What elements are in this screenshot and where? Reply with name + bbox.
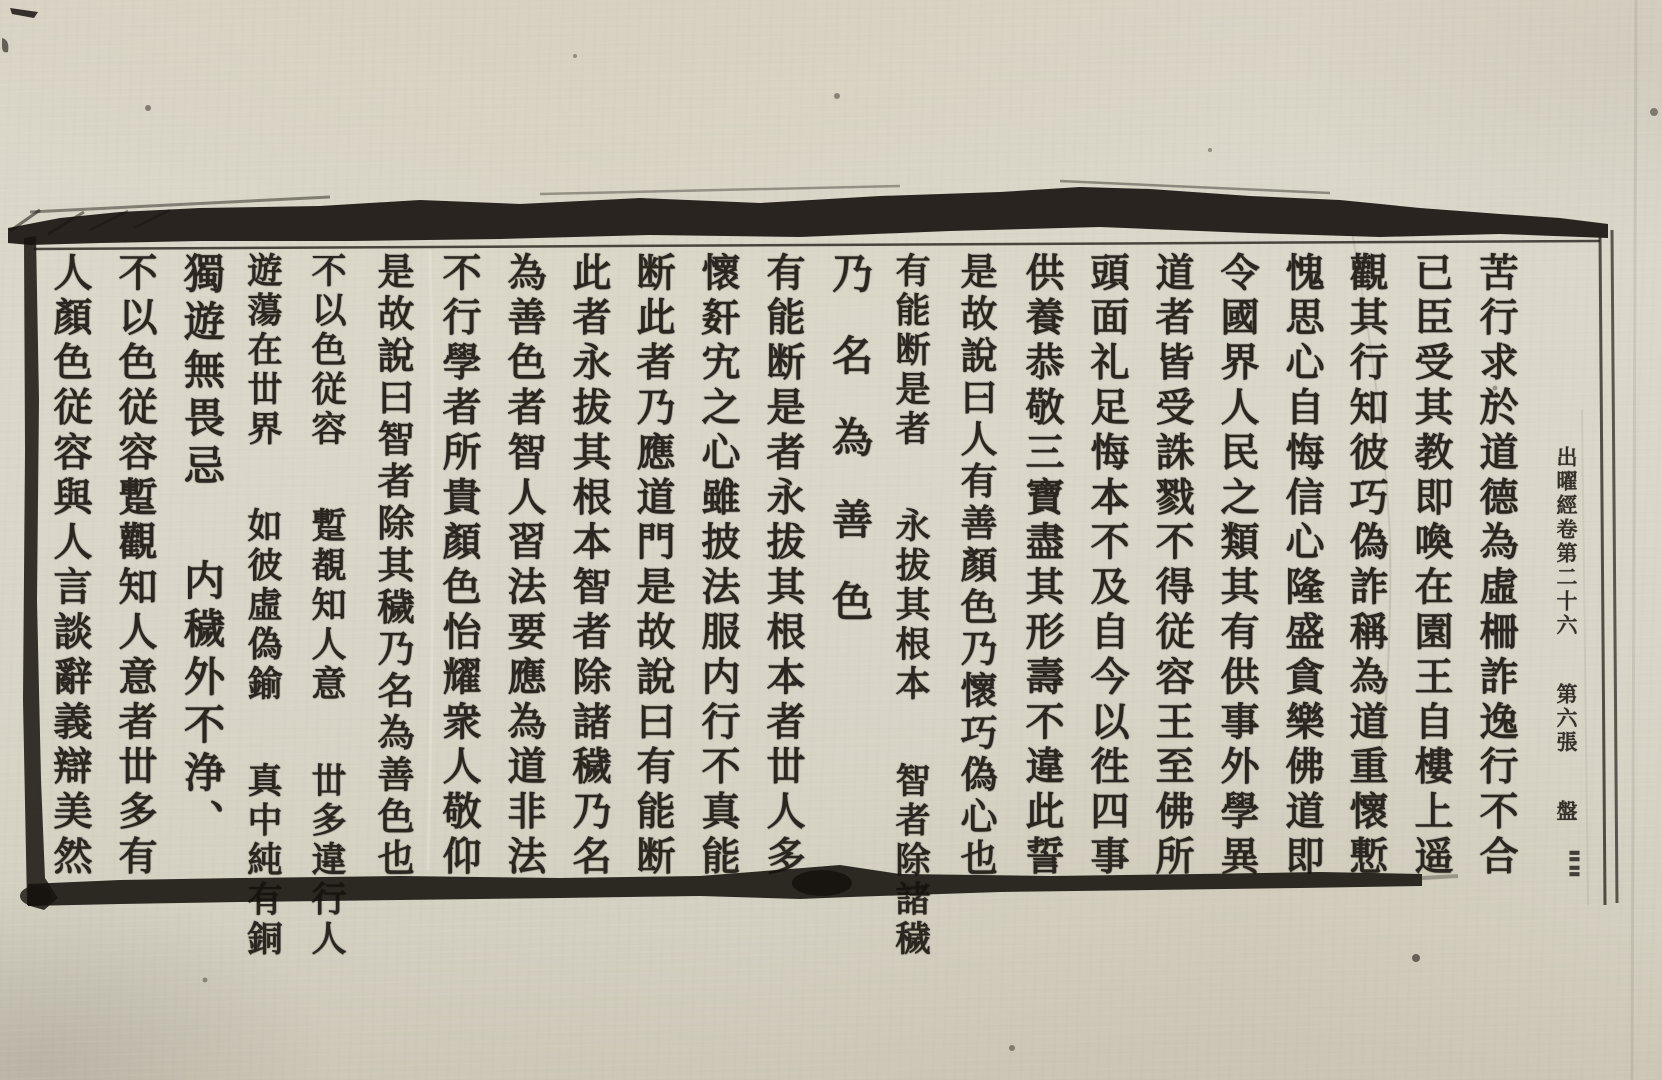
text-column: 不以色従容 蹔覩知人意 丗多違行人	[309, 252, 344, 884]
text-column: 不行學者所貴顏色怡耀衆人敬仰	[439, 252, 478, 884]
text-column: 乃名為善色	[828, 252, 869, 884]
text-column: 頭面礼足悔本不及自今以徃四事	[1087, 252, 1126, 884]
text-column: 是故說曰人有善顏色乃懷巧偽心也	[957, 252, 994, 884]
text-column: 獨遊無畏忌 内穢外不浄、	[180, 252, 221, 884]
text-column: 不以色従容蹔觀知人意者丗多有	[115, 252, 154, 884]
text-column: 道者皆受誅戮不得従容王至佛所	[1152, 252, 1191, 884]
text-column: 人顏色従容與人言談辭義辯美然	[50, 252, 89, 884]
text-column: 供養恭敬三寶盡其形壽不違此誓	[1022, 252, 1061, 884]
text-column: 有能断是者 永拔其根本 智者除諸穢	[893, 252, 928, 884]
carver-mark: 〓〓	[1568, 850, 1580, 880]
text-column: 令國界人民之類其有供事外學異	[1217, 252, 1256, 884]
text-column: 已臣受其教即喚在園王自樓上遥	[1411, 252, 1450, 884]
text-column: 有能断是者永拔其根本者丗人多	[763, 252, 802, 884]
text-column: 為善色者智人習法要應為道非法	[504, 252, 543, 884]
text-column: 遊蕩在丗界 如彼虛偽鍮 真中純有銅	[245, 252, 280, 884]
text-column: 觀其行知彼巧偽詐稱為道重懷慙	[1346, 252, 1385, 884]
text-column: 是故說曰智者除其穢乃名為善色也	[374, 252, 411, 884]
text-column: 苦行求於道德為虛柵詐逸行不合	[1476, 252, 1515, 884]
text-column: 懷姧宄之心雖披法服内行不真能	[698, 252, 737, 884]
colophon-scroll-marker: 出曜經卷第二十六 第六張 盤	[1556, 446, 1577, 866]
scanned-sutra-page: { "page": { "columns": [ {"text": "苦行求於道…	[0, 0, 1662, 1080]
text-column: 此者永拔其根本智者除諸穢乃名	[569, 252, 608, 884]
text-column: 断此者乃應道門是故說曰有能断	[633, 252, 672, 884]
text-column: 愧思心自悔信心隆盛貪樂佛道即	[1282, 252, 1321, 884]
